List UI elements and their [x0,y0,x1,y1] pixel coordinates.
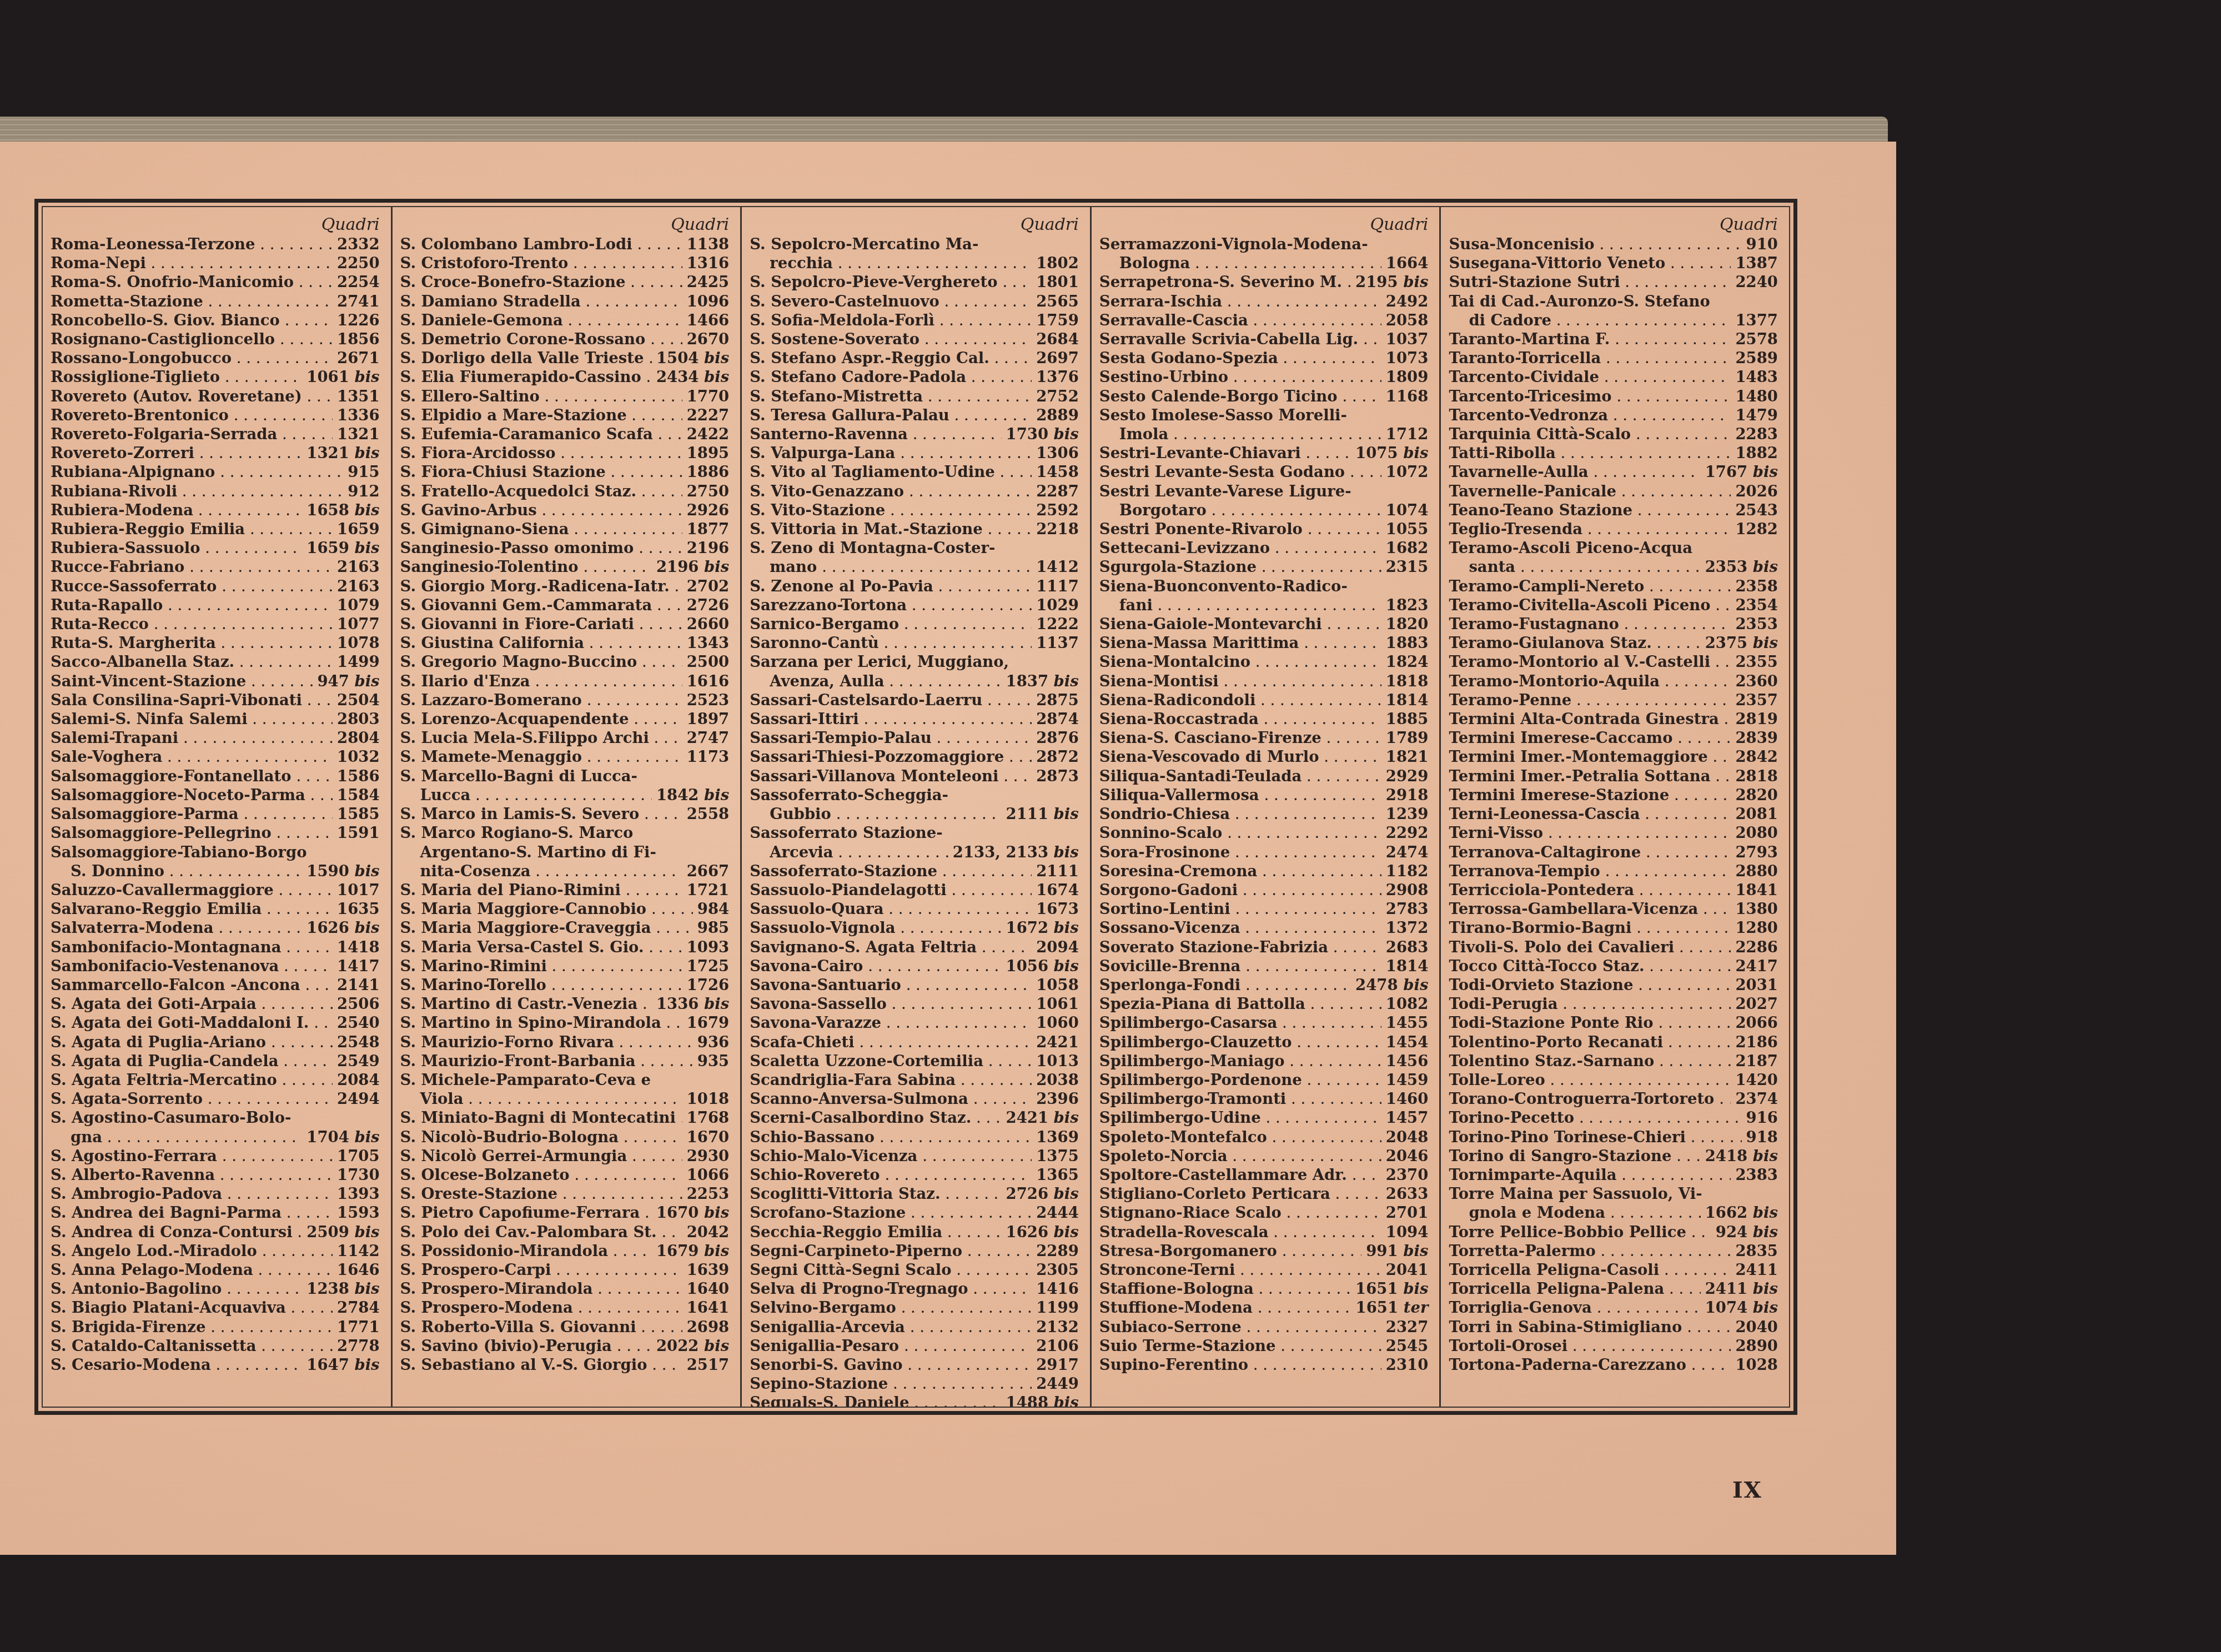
index-entry: Sambonifacio-Montagnana1418 [51,938,383,957]
index-entry: Terranova-Caltagirone2793 [1449,843,1781,862]
entry-quadro-number: 2111 bis [1002,805,1079,824]
entry-quadro-number: 1073 [1381,349,1429,368]
index-entry: Rovereto-Folgaria-Serrada1321 [51,425,383,444]
entry-name: Sassari-Thiesi-Pozzomaggiore [750,747,1032,766]
entry-name: Sassoferrato Stazione- [750,824,1079,842]
index-entry: Salvaterra-Modena1626 bis [51,918,383,937]
entry-name: S. Maria Maggiore-Craveggia [400,918,693,937]
entry-name: S. Maurizio-Front-Barbania [400,1052,693,1071]
entry-name: S. Elpidio a Mare-Stazione [400,406,682,425]
entry-name: recchia [750,254,1032,273]
entry-quadro-number: 2683 [1381,938,1429,957]
entry-name: Spilimbergo-Pordenone [1099,1071,1381,1089]
entry-name: Rubiana-Alpignano [51,463,343,481]
entry-quadro-number: 2218 [1032,520,1079,539]
index-entry: Stuffione-Modena1651 ter [1099,1298,1432,1317]
index-entry: S. Oreste-Stazione2253 [400,1184,733,1203]
entry-quadro-number: 1662 bis [1701,1203,1778,1222]
entry-list: Serramazzoni-Vignola-Modena-Bologna1664S… [1099,235,1432,1374]
entry-name: Terni-Visso [1449,824,1731,842]
column-header: Quadri [750,215,1082,235]
entry-name: S. Roberto-Villa S. Giovanni [400,1318,682,1337]
entry-quadro-number: 1018 [682,1089,730,1108]
index-entry: Senigallia-Arcevia2132 [750,1318,1082,1337]
index-entry: S. Demetrio Corone-Rossano2670 [400,330,733,349]
index-entry: S. Angelo Lod.-Miradolo1142 [51,1242,383,1261]
index-entry: Sassuolo-Quara1673 [750,900,1082,918]
index-entry: Spilimbergo-Tramonti1460 [1099,1089,1432,1108]
entry-quadro-number: 1032 [333,747,380,766]
entry-suffix: bis [1048,425,1079,443]
entry-suffix: bis [1048,957,1079,975]
entry-name: S. Lorenzo-Acquapendente [400,710,682,729]
index-entry: Terranova-Tempio2880 [1449,862,1781,881]
index-entry: S. Severo-Castelnuovo2565 [750,292,1082,311]
entry-name: S. Stefano Cadore-Padola [750,368,1032,386]
entry-name: Sondrio-Chiesa [1099,805,1381,824]
entry-suffix: bis [349,919,380,937]
entry-quadro-number: 2750 [682,482,730,501]
entry-name: Taranto-Torricella [1449,349,1731,368]
index-entry: S. Marcello-Bagni di Lucca- [400,767,733,786]
index-entry: Senorbi-S. Gavino2917 [750,1355,1082,1374]
entry-name: Tolentino Staz.-Sarnano [1449,1052,1731,1071]
index-entry: S. Croce-Bonefro-Stazione2425 [400,273,733,292]
entry-quadro-number: 1173 [682,747,730,766]
index-entry: Savona-Cairo1056 bis [750,957,1082,976]
index-entry: S. Alberto-Ravenna1730 [51,1166,383,1184]
entry-name: S. Antonio-Bagolino [51,1279,302,1298]
entry-name: Viola [400,1089,682,1108]
entry-name: S. Giovanni Gem.-Cammarata [400,596,682,615]
entry-quadro-number: 1321 [333,425,380,444]
index-entry: Teramo-Montorio-Aquila2360 [1449,672,1781,691]
entry-name: Teramo-Fustagnano [1449,615,1731,634]
entry-name: Torino-Pino Torinese-Chieri [1449,1128,1741,1147]
entry-name: Tirano-Bormio-Bagni [1449,918,1731,937]
index-entry: Siena-Radicondoli1814 [1099,691,1432,710]
entry-name: Tai di Cad.-Auronzo-S. Stefano [1449,292,1778,311]
entry-name: S. Alberto-Ravenna [51,1166,333,1184]
entry-suffix: bis [349,1223,380,1241]
entry-quadro-number: 1117 [1032,577,1079,596]
index-entry: Rucce-Fabriano2163 [51,558,383,576]
entry-name: Terni-Leonessa-Cascia [1449,805,1731,824]
entry-quadro-number: 1639 [682,1261,730,1279]
entry-name: S. Elia Fiumerapido-Cassino [400,368,652,386]
entry-name: Teramo-Penne [1449,691,1731,710]
entry-name: Sarezzano-Tortona [750,596,1032,615]
index-entry: S. Marco in Lamis-S. Severo2558 [400,805,733,824]
index-entry: Scrofano-Stazione2444 [750,1203,1082,1222]
index-entry: Siena-Buonconvento-Radico- [1099,577,1432,596]
index-entry: S. Valpurga-Lana1306 [750,444,1082,463]
index-entry: S. Gregorio Magno-Buccino2500 [400,652,733,671]
entry-name: Termini Imer.-Petralia Sottana [1449,767,1731,786]
entry-quadro-number: 2289 [1032,1242,1079,1261]
entry-quadro-number: 2250 [333,254,380,273]
entry-name: S. Marino-Torello [400,976,682,995]
entry-quadro-number: 1029 [1032,596,1079,615]
entry-quadro-number: 1096 [682,292,730,311]
entry-quadro-number: 2783 [1381,900,1429,918]
index-entry: Rubiera-Reggio Emilia1659 [51,520,383,539]
index-entry: Sesto Calende-Borgo Ticino1168 [1099,387,1432,406]
entry-quadro-number: 2548 [333,1033,380,1052]
entry-suffix: bis [349,1356,380,1374]
entry-quadro-number: 2163 [333,558,380,576]
entry-name: S. Fratello-Acquedolci Staz. [400,482,682,501]
entry-name: Sacco-Albanella Staz. [51,652,333,671]
entry-quadro-number: 910 [1742,235,1778,254]
entry-name: Staffione-Bologna [1099,1279,1351,1298]
index-entry: Bologna1664 [1099,254,1432,273]
index-entry: gna1704 bis [51,1128,383,1147]
index-entry: Torano-Controguerra-Tortoreto2374 [1449,1089,1781,1108]
index-entry: Spilimbergo-Pordenone1459 [1099,1071,1432,1089]
entry-quadro-number: 1222 [1032,615,1079,634]
entry-name: S. Gregorio Magno-Buccino [400,652,682,671]
entry-name: fani [1099,596,1381,615]
entry-quadro-number: 2133, 2133 bis [948,843,1079,862]
entry-name: Lucca [400,786,652,805]
entry-quadro-number: 1343 [682,634,730,652]
entry-name: Rovereto-Zorreri [51,444,302,463]
entry-name: Serravalle-Cascia [1099,311,1381,330]
index-entry: S. Teresa Gallura-Palau2889 [750,406,1082,425]
entry-list: S. Colombano Lambro-Lodi1138S. Cristofor… [400,235,733,1374]
entry-quadro-number: 1641 [682,1298,730,1317]
entry-name: Teano-Teano Stazione [1449,501,1731,520]
entry-quadro-number: 2305 [1032,1261,1079,1279]
entry-name: mano [750,558,1032,576]
entry-name: S. Giustina California [400,634,682,652]
entry-quadro-number: 1061 bis [302,368,379,386]
entry-name: S. Michele-Pamparato-Ceva e [400,1071,730,1089]
index-entry: Serrapetrona-S. Severino M.2195 bis [1099,273,1432,292]
entry-name: S. Martino di Castr.-Venezia [400,995,652,1013]
entry-name: Siena-Radicondoli [1099,691,1381,710]
entry-quadro-number: 2417 [1731,957,1778,976]
entry-name: S. Lucia Mela-S.Filippo Archi [400,729,682,747]
entry-name: Torri in Sabina-Stimigliano [1449,1318,1731,1337]
index-entry: Stignano-Riace Scalo2701 [1099,1203,1432,1222]
entry-quadro-number: 1814 [1381,691,1429,710]
entry-quadro-number: 2058 [1381,311,1429,330]
index-entry: mano1412 [750,558,1082,576]
entry-quadro-number: 1820 [1381,615,1429,634]
entry-name: Tocco Città-Tocco Staz. [1449,957,1731,976]
index-entry: Imola1712 [1099,425,1432,444]
entry-name: nita-Cosenza [400,862,682,881]
index-entry: Teano-Teano Stazione2543 [1449,501,1781,520]
index-entry: Siena-S. Casciano-Firenze1789 [1099,729,1432,747]
index-entry: S. Cataldo-Caltanissetta2778 [51,1337,383,1355]
index-entry: Todi-Stazione Ponte Rio2066 [1449,1013,1781,1032]
entry-name: Suio Terme-Stazione [1099,1337,1381,1355]
entry-quadro-number: 1480 [1731,387,1778,406]
entry-quadro-number: 1725 [682,957,730,976]
entry-name: Stignano-Riace Scalo [1099,1203,1381,1222]
entry-name: Termini Imerese-Stazione [1449,786,1731,805]
index-entry: S. Miniato-Bagni di Montecatini1768 [400,1108,733,1127]
entry-quadro-number: 1802 [1032,254,1079,273]
entry-name: S. Prospero-Mirandola [400,1279,682,1298]
entry-quadro-number: 2240 [1731,273,1778,292]
index-entry: di Cadore1377 [1449,311,1781,330]
index-entry: Savignano-S. Agata Feltria2094 [750,938,1082,957]
index-entry: S. Sofia-Meldola-Forlì1759 [750,311,1082,330]
entry-quadro-number: 1759 [1032,311,1079,330]
index-entry: Siliqua-Vallermosa2918 [1099,786,1432,805]
index-entry: santa2353 bis [1449,558,1781,576]
entry-quadro-number: 1058 [1032,976,1079,995]
entry-name: Spezia-Piana di Battolla [1099,995,1381,1013]
entry-suffix: bis [699,786,729,804]
index-entry: Torricella Peligna-Palena2411 bis [1449,1279,1781,1298]
entry-quadro-number: 2558 [682,805,730,824]
index-entry: Sepino-Stazione2449 [750,1374,1082,1393]
entry-quadro-number: 2411 [1731,1261,1778,1279]
entry-name: S. Sepolcro-Pieve-Verghereto [750,273,1032,292]
index-entry: Susegana-Vittorio Veneto1387 [1449,254,1781,273]
entry-name: Savona-Varazze [750,1013,1032,1032]
index-entry: Rometta-Stazione2741 [51,292,383,311]
entry-quadro-number: 1336 bis [652,995,729,1013]
entry-suffix: bis [1747,1223,1778,1241]
entry-quadro-number: 2875 [1032,691,1079,710]
index-entry: Susa-Moncenisio910 [1449,235,1781,254]
entry-name: Spoltore-Castellammare Adr. [1099,1166,1381,1184]
index-entry: Sovicille-Brenna1814 [1099,957,1432,976]
index-entry: S. Vito-Genazzano2287 [750,482,1082,501]
index-entry: S. Vito-Stazione2592 [750,501,1082,520]
index-entry: S. Savino (bivio)-Perugia2022 bis [400,1337,733,1355]
entry-name: S. Ellero-Saltino [400,387,682,406]
entry-quadro-number: 1365 [1032,1166,1079,1184]
entry-quadro-number: 2048 [1381,1128,1429,1147]
entry-quadro-number: 2702 [682,577,730,596]
index-entry: Savona-Varazze1060 [750,1013,1082,1032]
entry-name: Imola [1099,425,1381,444]
entry-quadro-number: 1789 [1381,729,1429,747]
index-entry: Scafa-Chieti2421 [750,1033,1082,1052]
entry-quadro-number: 935 [693,1052,729,1071]
index-entry: S. Stefano Aspr.-Reggio Cal.2697 [750,349,1082,368]
entry-suffix: bis [1747,558,1778,576]
entry-name: S. Maria del Piano-Rimini [400,881,682,900]
index-entry: S. Zeno di Montagna-Coster- [750,539,1082,558]
entry-quadro-number: 1673 [1032,900,1079,918]
entry-name: Rovereto-Folgaria-Serrada [51,425,333,444]
index-entry: Salemi-Trapani2804 [51,729,383,747]
index-entry: Sambonifacio-Vestenanova1417 [51,957,383,976]
entry-quadro-number: 2509 bis [302,1223,379,1242]
entry-quadro-number: 2741 [333,292,380,311]
entry-quadro-number: 1651 ter [1351,1298,1429,1317]
index-entry: Torino di Sangro-Stazione2418 bis [1449,1147,1781,1166]
index-entry: S. Mamete-Menaggio1173 [400,747,733,766]
entry-suffix: bis [1747,1147,1778,1165]
index-entry: S. Marino-Rimini1725 [400,957,733,976]
entry-suffix: bis [699,558,729,576]
entry-quadro-number: 2286 [1731,938,1778,957]
index-entry: S. Agostino-Ferrara1705 [51,1147,383,1166]
index-entry: S. Donnino1590 bis [51,862,383,881]
index-entry: Tortona-Paderna-Carezzano1028 [1449,1355,1781,1374]
entry-suffix: bis [1398,1280,1429,1298]
index-entry: Rossano-Longobucco2671 [51,349,383,368]
entry-name: S. Maurizio-Forno Rivara [400,1033,693,1052]
entry-quadro-number: 2589 [1731,349,1778,368]
index-entry: nita-Cosenza2667 [400,862,733,881]
index-entry: Teramo-Civitella-Ascoli Piceno2354 [1449,596,1781,615]
entry-name: Stuffione-Modena [1099,1298,1351,1317]
entry-name: S. Mamete-Menaggio [400,747,682,766]
entry-quadro-number: 1664 [1381,254,1429,273]
entry-quadro-number: 2141 [333,976,380,995]
entry-name: Rovereto-Brentonico [51,406,333,425]
entry-name: Teramo-Montorio-Aquila [1449,672,1731,691]
page-number: IX [1732,1477,1762,1503]
index-entry: Teglio-Tresenda1282 [1449,520,1781,539]
index-entry: Salsomaggiore-Fontanellato1586 [51,767,383,786]
entry-suffix: bis [1048,1109,1079,1127]
entry-quadro-number: 2793 [1731,843,1778,862]
entry-quadro-number: 2042 [682,1223,730,1242]
entry-name: Sperlonga-Fondi [1099,976,1351,995]
entry-name: S. Zeno di Montagna-Coster- [750,539,1079,558]
index-entry: S. Agata-Sorrento2494 [51,1089,383,1108]
entry-quadro-number: 2660 [682,615,730,634]
index-entry: Spoltore-Castellammare Adr.2370 [1099,1166,1432,1184]
entry-name: S. Daniele-Gemona [400,311,682,330]
entry-suffix: bis [349,1280,380,1298]
entry-name: Torretta-Palermo [1449,1242,1731,1261]
index-entry: Staffione-Bologna1651 bis [1099,1279,1432,1298]
entry-name: Sovicille-Brenna [1099,957,1381,976]
entry-name: Sassuolo-Piandelagotti [750,881,1032,900]
entry-quadro-number: 2353 bis [1701,558,1778,576]
entry-quadro-number: 2186 [1731,1033,1778,1052]
index-entry: Siena-Vescovado di Murlo1821 [1099,747,1432,766]
index-entry: S. Cesario-Modena1647 bis [51,1355,383,1374]
entry-quadro-number: 1726 [682,976,730,995]
index-entry: S. Ilario d'Enza1616 [400,672,733,691]
entry-quadro-number: 1885 [1381,710,1429,729]
entry-quadro-number: 1712 [1381,425,1429,444]
entry-quadro-number: 2374 [1731,1089,1778,1108]
entry-quadro-number: 2842 [1731,747,1778,766]
entry-quadro-number: 2196 [682,539,730,558]
entry-quadro-number: 2418 bis [1701,1147,1778,1166]
entry-quadro-number: 1412 [1032,558,1079,576]
entry-name: Terricciola-Pontedera [1449,881,1731,900]
entry-name: Sanginesio-Tolentino [400,558,652,576]
entry-name: Rucce-Sassoferrato [51,577,333,596]
entry-quadro-number: 1670 bis [652,1203,729,1222]
entry-name: Susegana-Vittorio Veneto [1449,254,1731,273]
entry-quadro-number: 2041 [1381,1261,1429,1279]
entry-quadro-number: 1417 [333,957,380,976]
entry-name: S. Olcese-Bolzaneto [400,1166,682,1184]
entry-quadro-number: 1055 [1381,520,1429,539]
entry-name: S. Martino in Spino-Mirandola [400,1013,682,1032]
index-entry: Sassuolo-Vignola1672 bis [750,918,1082,937]
entry-quadro-number: 2803 [333,710,380,729]
entry-name: Tatti-Ribolla [1449,444,1731,463]
entry-name: Salemi-S. Ninfa Salemi [51,710,333,729]
entry-quadro-number: 2046 [1381,1147,1429,1166]
entry-quadro-number: 2253 [682,1184,730,1203]
index-entry: Argentano-S. Martino di Fi- [400,843,733,862]
entry-quadro-number: 1479 [1731,406,1778,425]
entry-quadro-number: 1824 [1381,652,1429,671]
index-entry: Tarcento-Cividale1483 [1449,368,1781,386]
entry-name: Salvarano-Reggio Emilia [51,900,333,918]
index-entry: Sarnico-Bergamo1222 [750,615,1082,634]
entry-quadro-number: 1321 bis [302,444,379,463]
entry-name: S. Colombano Lambro-Lodi [400,235,682,254]
entry-name: Torino di Sangro-Stazione [1449,1147,1700,1166]
entry-quadro-number: 2066 [1731,1013,1778,1032]
entry-quadro-number: 2478 bis [1351,976,1428,995]
index-entry: Tarquinia Città-Scalo2283 [1449,425,1781,444]
entry-suffix: bis [1048,919,1079,937]
entry-name: Saronno-Cantù [750,634,1032,652]
entry-quadro-number: 1682 [1381,539,1429,558]
entry-quadro-number: 1061 [1032,995,1079,1013]
index-entry: Sondrio-Chiesa1239 [1099,805,1432,824]
entry-quadro-number: 1074 bis [1701,1298,1778,1317]
entry-quadro-number: 2517 [682,1355,730,1374]
index-entry: Tolentino Staz.-Sarnano2187 [1449,1052,1781,1071]
index-entry: S. Agata dei Goti-Arpaia2506 [51,995,383,1013]
entry-name: Spilimbergo-Maniago [1099,1052,1381,1071]
entry-name: Sammarcello-Falcon -Ancona [51,976,333,995]
entry-name: S. Andrea dei Bagni-Parma [51,1203,333,1222]
index-entry: S. Biagio Platani-Acquaviva2784 [51,1298,383,1317]
entry-name: Susa-Moncenisio [1449,235,1741,254]
entry-name: Todi-Orvieto Stazione [1449,976,1731,995]
entry-name: Rucce-Fabriano [51,558,333,576]
entry-name: Sassoferrato-Stazione [750,862,1032,881]
entry-quadro-number: 2701 [1381,1203,1429,1222]
index-entry: Stroncone-Terni2041 [1099,1261,1432,1279]
entry-quadro-number: 2106 [1032,1337,1079,1355]
index-entry: Tolle-Loreo1420 [1449,1071,1781,1089]
entry-name: Scafa-Chieti [750,1033,1032,1052]
entry-suffix: bis [349,368,380,386]
entry-name: Rosignano-Castiglioncello [51,330,333,349]
index-entry: Tortoli-Orosei2890 [1449,1337,1781,1355]
entry-quadro-number: 2726 [682,596,730,615]
entry-name: Borgotaro [1099,501,1381,520]
entry-name: Senigallia-Arcevia [750,1318,1032,1337]
entry-name: Spilimbergo-Udine [1099,1108,1381,1127]
column-header: Quadri [400,215,733,235]
entry-name: S. Nicolò-Budrio-Bologna [400,1128,682,1147]
index-entry: S. Lazzaro-Bomerano2523 [400,691,733,710]
index-entry: S. Anna Pelago-Modena1646 [51,1261,383,1279]
entry-quadro-number: 2752 [1032,387,1079,406]
index-entry: S. Prospero-Carpi1639 [400,1261,733,1279]
index-entry: Stigliano-Corleto Perticara2633 [1099,1184,1432,1203]
index-entry: Spilimbergo-Maniago1456 [1099,1052,1432,1071]
entry-quadro-number: 2315 [1381,558,1429,576]
entry-name: Sestri Levante-Sesta Godano [1099,463,1381,481]
index-entry: Sossano-Vicenza1372 [1099,918,1432,937]
